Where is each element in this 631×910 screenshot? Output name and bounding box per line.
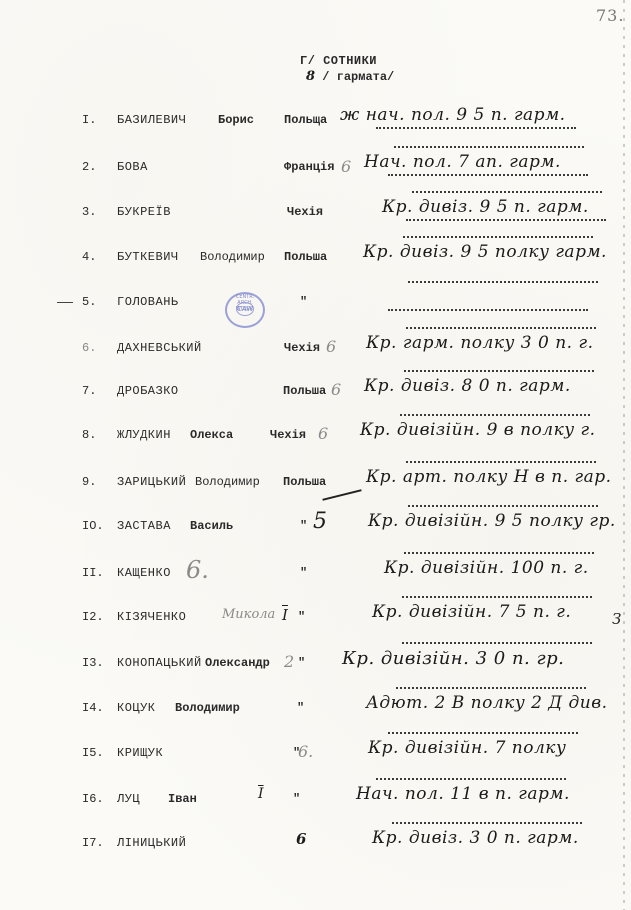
dotted-line [376, 127, 576, 129]
surname: КОЦУК [117, 701, 156, 715]
given-name: Володимир [195, 475, 260, 489]
surname: ЛІНИЦЬКИЙ [117, 836, 186, 850]
side-mark: З [612, 610, 621, 628]
table-row: I3. КОНОПАЦЬКИЙ Олександр 2 " Кр. дивізі… [0, 656, 631, 686]
dotted-line [388, 174, 588, 176]
row-number: I6. [82, 792, 104, 806]
country: Чехія [270, 428, 306, 442]
heading-line-2-text: / гармата/ [322, 70, 394, 84]
ditto-mark: " [300, 295, 307, 309]
heading: Г/ СОТНИКИ 8 / гармата/ [300, 54, 394, 84]
row-number: 5. [82, 295, 96, 309]
ditto-mark: " [298, 656, 305, 670]
surname: КОНОПАЦЬКИЙ [117, 656, 202, 670]
surname: ДАХНЕВСЬКИЙ [117, 341, 202, 355]
row-number: I7. [82, 836, 104, 850]
surname: БУКРЕЇВ [117, 205, 171, 219]
position-text: Нач. пол. 7 ап. гарм. [364, 152, 561, 172]
dotted-line [406, 219, 606, 221]
dotted-line [400, 414, 590, 416]
row-number: 3. [82, 205, 96, 219]
dotted-line [412, 191, 602, 193]
ditto-mark: " [298, 610, 305, 624]
margin-note: 6 [296, 830, 306, 848]
margin-note: 6 [341, 157, 351, 176]
position-text: Кр. дивізійн. 7 полку [368, 738, 566, 758]
margin-note: I [282, 606, 288, 624]
country: Франція [284, 160, 334, 174]
position-text: Кр. дивіз. 8 0 п. гарм. [364, 376, 571, 396]
margin-note: 6. [186, 556, 209, 584]
surname: ГОЛОВАНЬ [117, 295, 179, 309]
given-name: Борис [218, 113, 254, 127]
position-text: Кр. дивіз. 9 5 полку гарм. [363, 242, 607, 262]
table-row: I4. КОЦУК Володимир " Адют. 2 В полку 2 … [0, 701, 631, 731]
row-number: I2. [82, 610, 104, 624]
row-number: 7. [82, 384, 96, 398]
folio-number: 73. [596, 6, 624, 25]
row-number: I5. [82, 746, 104, 760]
position-text: Кр. дивізійн. 9 в полку г. [360, 420, 596, 440]
position-text: Кр. гарм. полку 3 0 п. г. [366, 333, 593, 353]
country: Чехія [287, 205, 323, 219]
surname: БОВА [117, 160, 148, 174]
dotted-line [402, 642, 592, 644]
heading-line-1: Г/ СОТНИКИ [300, 54, 394, 68]
dotted-line [408, 505, 598, 507]
margin-note: 5 [313, 509, 327, 534]
margin-note: 6 [326, 337, 336, 356]
table-row: IO. ЗАСТАВА Василь " 5 Кр. дивізійн. 9 5… [0, 519, 631, 549]
row-number: 2. [82, 160, 96, 174]
country: Польша [283, 384, 326, 398]
position-text: Кр. арт. полку Н в п. гар. [366, 467, 612, 487]
position-text: Кр. дивіз. 3 0 п. гарм. [372, 828, 579, 848]
given-name: Олександр [205, 656, 270, 670]
surname: ДРОБАЗКО [117, 384, 179, 398]
table-row: I6. ЛУЦ Іван I " Нач. пол. 11 в п. гарм. [0, 792, 631, 822]
position-text: Адют. 2 В полку 2 Д див. [366, 693, 608, 713]
surname: КАЩЕНКО [117, 566, 171, 580]
surname: КРИЩУК [117, 746, 163, 760]
row-number: 4. [82, 250, 96, 264]
given-name: Іван [168, 792, 197, 806]
heading-line-2: 8 / гармата/ [306, 69, 394, 84]
table-row: I5. КРИЩУК " 6. Кр. дивізійн. 7 полку [0, 746, 631, 776]
row-number: I3. [82, 656, 104, 670]
table-row: 9. ЗАРИЦЬКИЙ Володимир Польша Кр. арт. п… [0, 475, 631, 505]
given-name: Володимир [175, 701, 240, 715]
surname: ЗАСТАВА [117, 519, 171, 533]
table-row: 2. БОВА Франція 6 Нач. пол. 7 ап. гарм. [0, 160, 631, 190]
country: Чехія [284, 341, 320, 355]
row-number: 9. [82, 475, 96, 489]
margin-note: 6 [318, 424, 328, 443]
position-text: Кр. дивізійн. 100 п. г. [384, 558, 589, 578]
row-number: 6. [82, 341, 96, 355]
ditto-mark: " [300, 566, 307, 580]
margin-note: 2 [284, 652, 294, 671]
table-row: I7. ЛІНИЦЬКИЙ 6 Кр. дивіз. 3 0 п. гарм. [0, 836, 631, 866]
table-row: II. КАЩЕНКО 6. " Кр. дивізійн. 100 п. г. [0, 566, 631, 596]
position-text: Кр. дивізійн. 9 5 полку гр. [368, 511, 616, 531]
document-page: 73. Г/ СОТНИКИ 8 / гармата/ CENTR. ARCH.… [0, 0, 631, 910]
heading-handwritten-prefix: 8 [306, 69, 315, 84]
surname: ЖЛУДКИН [117, 428, 171, 442]
country: Польща [284, 113, 327, 127]
country: Польша [284, 250, 327, 264]
dotted-line [404, 370, 594, 372]
ditto-mark: " [293, 792, 300, 806]
given-name: Олекса [190, 428, 233, 442]
table-row: 3. БУКРЕЇВ Чехія Кр. дивіз. 9 5 п. гарм. [0, 205, 631, 235]
dotted-line [403, 236, 593, 238]
table-row: 6. ДАХНЕВСЬКИЙ Чехія 6 Кр. гарм. полку 3… [0, 341, 631, 371]
row-number: I. [82, 113, 96, 127]
surname: ЗАРИЦЬКИЙ [117, 475, 186, 489]
dotted-line [376, 778, 566, 780]
margin-note: 6. [298, 742, 313, 761]
given-name-handwritten: Микола [222, 607, 275, 622]
dotted-line [388, 732, 578, 734]
given-name: Василь [190, 519, 233, 533]
row-number: I4. [82, 701, 104, 715]
surname: КІЗЯЧЕНКО [117, 610, 186, 624]
row-number: IO. [82, 519, 104, 533]
table-row: I. БАЗИЛЕВИЧ Борис Польща ж нач. пол. 9 … [0, 113, 631, 143]
table-row: 7. ДРОБАЗКО Польша 6 Кр. дивіз. 8 0 п. г… [0, 384, 631, 414]
dotted-line [404, 552, 594, 554]
table-row: I2. КІЗЯЧЕНКО Микола I " Кр. дивізійн. 7… [0, 610, 631, 640]
table-row: 5. ГОЛОВАНЬ " [0, 295, 631, 325]
ditto-mark: " [300, 519, 307, 533]
surname: БУТКЕВИЧ [117, 250, 179, 264]
position-text: Кр. дивізійн. 7 5 п. г. [372, 602, 571, 622]
dotted-line [402, 596, 592, 598]
dotted-line [396, 687, 586, 689]
dotted-line [406, 461, 596, 463]
row-number: II. [82, 566, 104, 580]
dotted-line [388, 309, 588, 311]
dotted-line [394, 146, 584, 148]
ditto-mark: " [297, 701, 304, 715]
table-row: 8. ЖЛУДКИН Олекса Чехія 6 Кр. дивізійн. … [0, 428, 631, 458]
position-text: Нач. пол. 11 в п. гарм. [356, 784, 570, 804]
table-row: 4. БУТКЕВИЧ Володимир Польша Кр. дивіз. … [0, 250, 631, 280]
surname: ЛУЦ [117, 792, 140, 806]
surname: БАЗИЛЕВИЧ [117, 113, 186, 127]
dotted-line [406, 327, 596, 329]
dotted-line [392, 822, 582, 824]
margin-note: I [258, 786, 264, 802]
dotted-line [408, 281, 598, 283]
row-number: 8. [82, 428, 96, 442]
position-text: ж нач. пол. 9 5 п. гарм. [340, 105, 566, 125]
country: Польша [283, 475, 326, 489]
position-text: Кр. дивізійн. 3 0 п. гр. [342, 648, 564, 669]
given-name: Володимир [200, 250, 265, 264]
position-text: Кр. дивіз. 9 5 п. гарм. [382, 197, 589, 217]
margin-note: 6 [331, 380, 341, 399]
